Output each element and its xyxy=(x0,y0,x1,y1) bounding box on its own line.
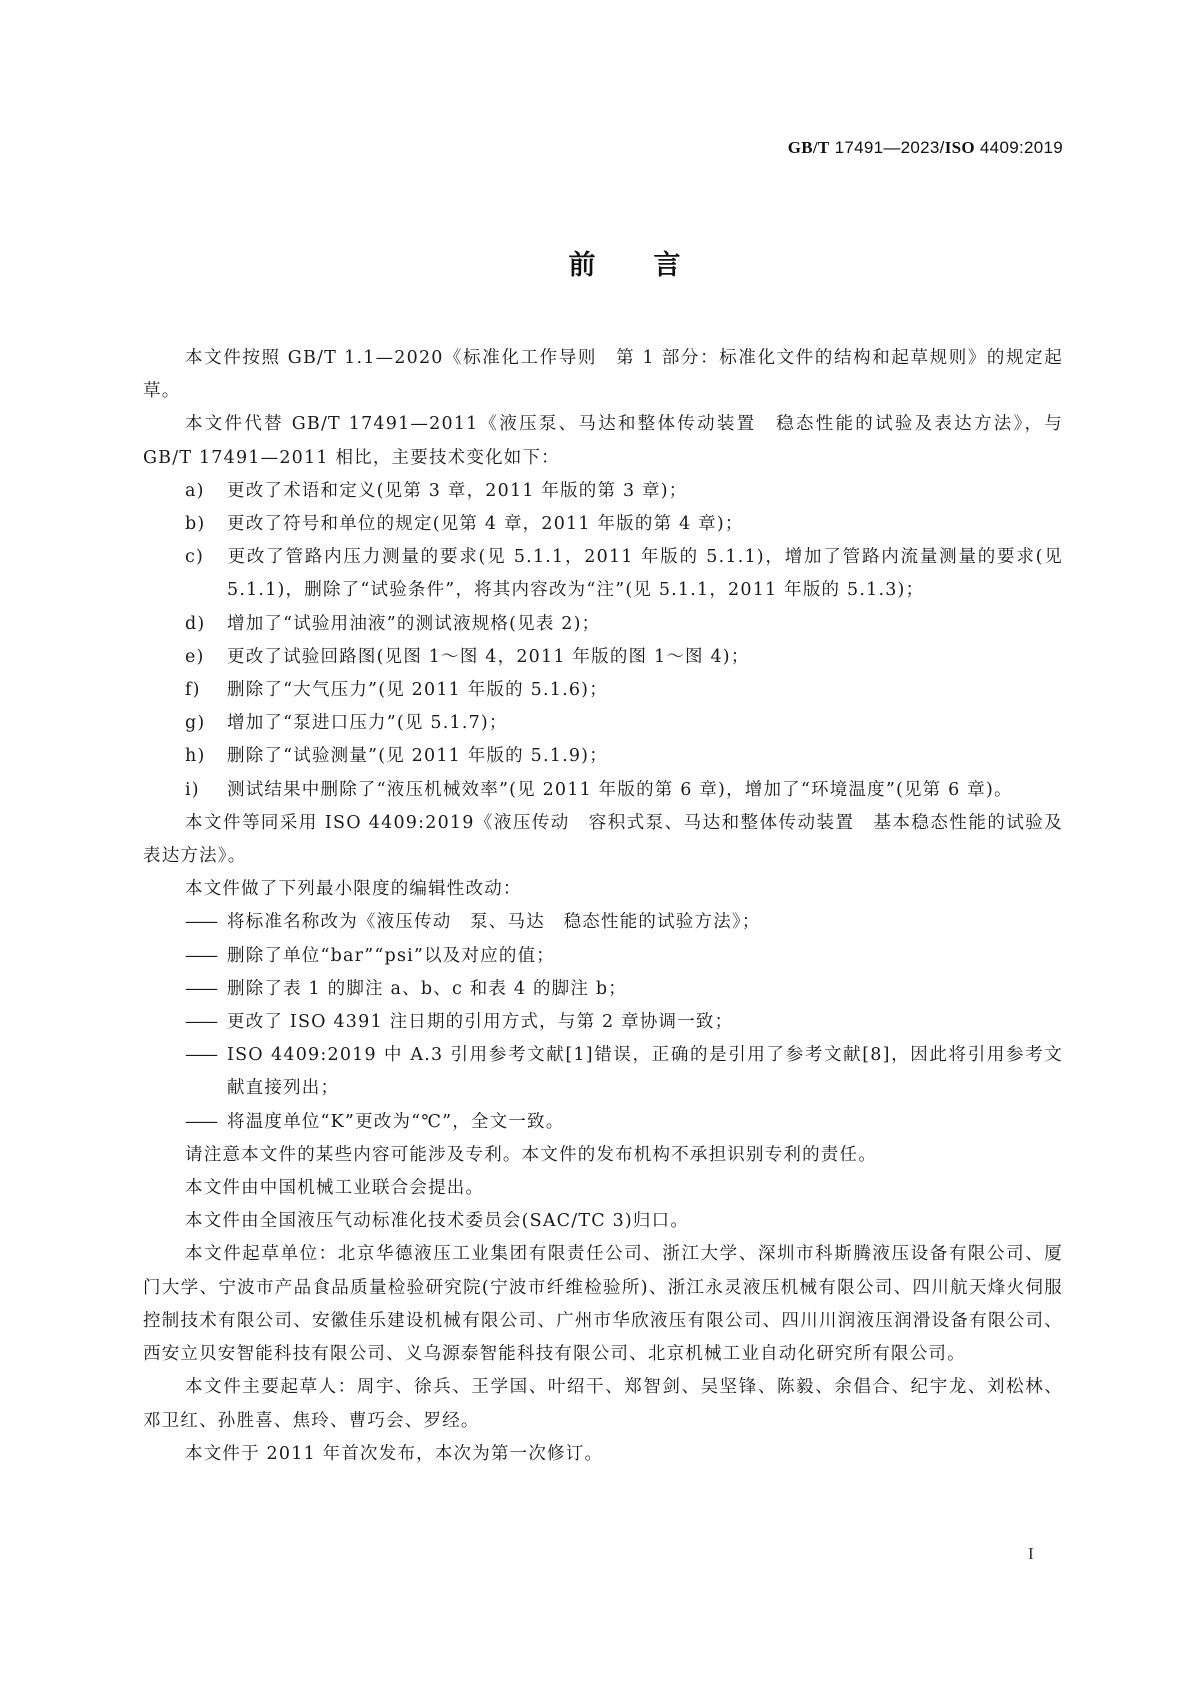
paragraph: 本文件等同采用 ISO 4409:2019《液压传动 容积式泵、马达和整体传动装… xyxy=(143,807,1063,873)
item-label: i) xyxy=(185,774,227,807)
paragraph: 请注意本文件的某些内容可能涉及专利。本文件的发布机构不承担识别专利的责任。 xyxy=(143,1139,1063,1172)
page-number: I xyxy=(1028,1544,1034,1564)
item-text: 更改了试验回路图(见图 1～图 4，2011 年版的图 1～图 4)； xyxy=(227,647,750,667)
item-label: g) xyxy=(185,707,227,740)
edit-item: ——删除了单位“bar”“psi”以及对应的值； xyxy=(143,940,1063,973)
paragraph: 本文件代替 GB/T 17491—2011《液压泵、马达和整体传动装置 稳态性能… xyxy=(143,408,1063,474)
dash-label: —— xyxy=(185,1039,227,1072)
page-title: 前言 xyxy=(0,243,1191,282)
item-text: 将标准名称改为《液压传动 泵、马达 稳态性能的试验方法》； xyxy=(227,912,761,932)
change-item: h)删除了“试验测量”(见 2011 年版的 5.1.9)； xyxy=(143,740,1063,773)
item-label: a) xyxy=(185,475,227,508)
item-text: ISO 4409:2019 中 A.3 引用参考文献[1]错误，正确的是引用了参… xyxy=(227,1045,1063,1098)
change-item: b)更改了符号和单位的规定(见第 4 章，2011 年版的第 4 章)； xyxy=(143,508,1063,541)
edit-item: ——删除了表 1 的脚注 a、b、c 和表 4 的脚注 b； xyxy=(143,973,1063,1006)
item-text: 删除了表 1 的脚注 a、b、c 和表 4 的脚注 b； xyxy=(227,979,627,999)
item-text: 更改了 ISO 4391 注日期的引用方式，与第 2 章协调一致； xyxy=(227,1012,733,1032)
edit-item: ——将温度单位“K”更改为“℃”，全文一致。 xyxy=(143,1106,1063,1139)
item-text: 删除了“试验测量”(见 2011 年版的 5.1.9)； xyxy=(227,746,608,766)
edit-item: ——ISO 4409:2019 中 A.3 引用参考文献[1]错误，正确的是引用… xyxy=(143,1039,1063,1105)
edit-item: ——更改了 ISO 4391 注日期的引用方式，与第 2 章协调一致； xyxy=(143,1006,1063,1039)
item-label: c) xyxy=(185,541,227,574)
dash-label: —— xyxy=(185,906,227,939)
item-label: f) xyxy=(185,674,227,707)
item-text: 删除了单位“bar”“psi”以及对应的值； xyxy=(227,946,555,966)
change-item: e)更改了试验回路图(见图 1～图 4，2011 年版的图 1～图 4)； xyxy=(143,641,1063,674)
item-label: d) xyxy=(185,608,227,641)
change-item: f)删除了“大气压力”(见 2011 年版的 5.1.6)； xyxy=(143,674,1063,707)
paragraph: 本文件由全国液压气动标准化技术委员会(SAC/TC 3)归口。 xyxy=(143,1205,1063,1238)
paragraph: 本文件按照 GB/T 1.1—2020《标准化工作导则 第 1 部分：标准化文件… xyxy=(143,342,1063,408)
item-text: 删除了“大气压力”(见 2011 年版的 5.1.6)； xyxy=(227,680,608,700)
dash-label: —— xyxy=(185,1006,227,1039)
item-label: h) xyxy=(185,740,227,773)
paragraph: 本文件做了下列最小限度的编辑性改动： xyxy=(143,873,1063,906)
paragraph: 本文件主要起草人：周宇、徐兵、王学国、叶绍干、郑智剑、吴坚锋、陈毅、余倡合、纪宇… xyxy=(143,1371,1063,1437)
dash-label: —— xyxy=(185,1106,227,1139)
item-text: 更改了符号和单位的规定(见第 4 章，2011 年版的第 4 章)； xyxy=(227,514,744,534)
dash-label: —— xyxy=(185,940,227,973)
paragraph: 本文件于 2011 年首次发布，本次为第一次修订。 xyxy=(143,1438,1063,1471)
item-label: e) xyxy=(185,641,227,674)
item-text: 更改了管路内压力测量的要求(见 5.1.1，2011 年版的 5.1.1)，增加… xyxy=(227,547,1063,600)
item-label: b) xyxy=(185,508,227,541)
iso-prefix: ISO xyxy=(945,138,975,157)
edit-item: ——将标准名称改为《液压传动 泵、马达 稳态性能的试验方法》； xyxy=(143,906,1063,939)
item-text: 增加了“泵进口压力”(见 5.1.7)； xyxy=(227,713,508,733)
change-item: i)测试结果中删除了“液压机械效率”(见 2011 年版的第 6 章)，增加了“… xyxy=(143,774,1063,807)
item-text: 更改了术语和定义(见第 3 章，2011 年版的第 3 章)； xyxy=(227,481,687,501)
change-item: g)增加了“泵进口压力”(见 5.1.7)； xyxy=(143,707,1063,740)
paragraph: 本文件起草单位：北京华德液压工业集团有限责任公司、浙江大学、深圳市科斯腾液压设备… xyxy=(143,1238,1063,1371)
std-prefix: GB/T xyxy=(788,138,830,157)
item-text: 增加了“试验用油液”的测试液规格(见表 2)； xyxy=(227,614,600,634)
std-number: 17491—2023/ xyxy=(830,138,945,157)
change-item: d)增加了“试验用油液”的测试液规格(见表 2)； xyxy=(143,608,1063,641)
paragraph: 本文件由中国机械工业联合会提出。 xyxy=(143,1172,1063,1205)
dash-label: —— xyxy=(185,973,227,1006)
document-body: 本文件按照 GB/T 1.1—2020《标准化工作导则 第 1 部分：标准化文件… xyxy=(143,342,1063,1471)
standard-header: GB/T 17491—2023/ISO 4409:2019 xyxy=(788,138,1063,158)
change-item: c)更改了管路内压力测量的要求(见 5.1.1，2011 年版的 5.1.1)，… xyxy=(143,541,1063,607)
iso-number: 4409:2019 xyxy=(975,138,1063,157)
item-text: 测试结果中删除了“液压机械效率”(见 2011 年版的第 6 章)，增加了“环境… xyxy=(227,780,1013,800)
item-text: 将温度单位“K”更改为“℃”，全文一致。 xyxy=(227,1112,564,1132)
change-item: a)更改了术语和定义(见第 3 章，2011 年版的第 3 章)； xyxy=(143,475,1063,508)
